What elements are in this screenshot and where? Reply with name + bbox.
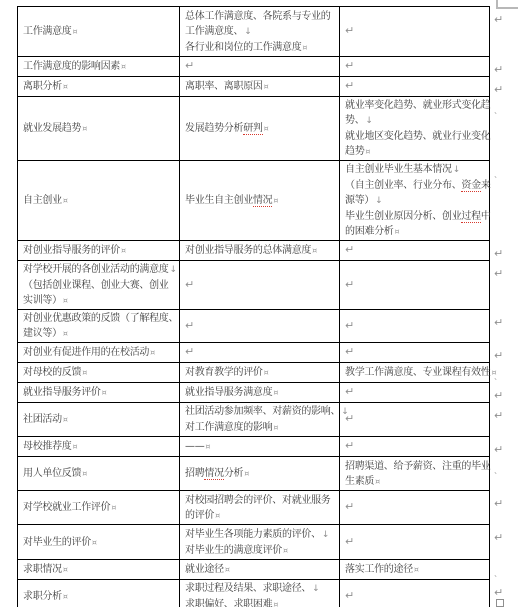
table-cell[interactable]: 对毕业生各项能力素质的评价、↓对毕业生的满意度评价¤ [180, 525, 340, 560]
text-run: 毕业生自主创业 [185, 195, 253, 206]
cell-line: 对毕业生各项能力素质的评价、↓ [185, 527, 334, 543]
text-run: 生素质 [345, 476, 374, 487]
cell-line: 建议等）¤ [23, 326, 174, 341]
row-end-mark-cell: ↵ [490, 57, 518, 77]
paragraph-mark: ↵ [345, 412, 354, 425]
cell-line: 对毕业生的满意度评价¤ [185, 543, 334, 558]
row-end-mark: ↵ [494, 13, 503, 26]
paragraph-mark: ↵ [345, 535, 354, 548]
cell-line: 生素质¤ [345, 474, 484, 489]
cell-end-mark: ¤ [73, 442, 78, 451]
row-end-mark: ↵ [494, 497, 503, 510]
text-run: 研判 [243, 123, 262, 135]
text-run: 就业发展趋势 [23, 123, 81, 134]
table-cell[interactable]: 就业指导服务满意度¤ [180, 383, 340, 403]
paragraph-mark: ↵ [345, 500, 354, 513]
text-run: 实训等） [23, 295, 62, 306]
text-run: 社团活动 [23, 414, 62, 425]
text-run: 求职过程及结果、求职途径、 [185, 583, 311, 594]
text-run: 自主创业毕业生基本情况 [345, 164, 452, 175]
row-end-mark: 、 [494, 372, 502, 381]
table-cell[interactable]: ↵ [340, 310, 490, 343]
cell-line: 工作满意度¤ [23, 24, 174, 39]
cell-end-mark: ¤ [215, 511, 220, 520]
cell-end-mark: ¤ [225, 565, 230, 574]
table-row: 对母校的反馈¤对教育教学的评价¤教学工作满意度、专业课程有效性¤、 [18, 363, 518, 383]
table-cell[interactable]: ↵ [180, 343, 340, 363]
text-run: （自主创业率、行业分布、 [345, 180, 461, 191]
table-cell[interactable]: ↵ [340, 343, 490, 363]
table-cell[interactable]: 对学校开展的各创业活动的满意度↓（包括创业课程、创业大赛、创业实训等）¤ [18, 261, 180, 310]
cell-end-mark: ¤ [205, 442, 210, 451]
linebreak-mark: ↓ [375, 196, 383, 206]
table-cell[interactable]: ↵ [340, 7, 490, 57]
cell-line: 教学工作满意度、专业课程有效性¤ [345, 365, 484, 380]
text-run: 对创业优惠政策的反馈（了解程度、 [23, 313, 178, 324]
cell-end-mark: ¤ [63, 296, 68, 305]
table-cell[interactable]: 对毕业生的评价¤ [18, 525, 180, 560]
table-cell[interactable]: ↵ [340, 580, 490, 607]
paragraph-mark: ↵ [345, 439, 354, 452]
row-end-mark: ↵ [494, 316, 503, 329]
cell-end-mark: ¤ [273, 388, 278, 397]
table-cell[interactable]: 对创业指导服务的评价¤ [18, 241, 180, 261]
cell-end-mark: ¤ [264, 368, 269, 377]
row-end-mark: 、 [494, 106, 502, 115]
text-run: 各行业和岗位的工作满意度 [185, 42, 301, 53]
cell-end-mark: ¤ [283, 546, 288, 555]
text-run: 源等） [345, 195, 374, 206]
row-end-mark: ↵ [494, 83, 503, 96]
text-run: 对创业指导服务的总体满意度 [185, 245, 311, 256]
cell-end-mark: ¤ [73, 27, 78, 36]
cell-end-mark: ¤ [150, 348, 155, 357]
paragraph-mark: ↵ [345, 243, 354, 256]
text-run: 工作满意度 [23, 26, 72, 37]
text-run: 求职偏好、求职困难 [185, 599, 272, 607]
cell-line: 对创业优惠政策的反馈（了解程度、 [23, 311, 174, 326]
table-row: 对学校就业工作评价¤对校园招聘会的评价、对就业服务的评价¤↵↵ [18, 491, 518, 525]
text-run: 对教育教学的评价 [185, 367, 263, 378]
text-run: 对创业指导服务的评价 [23, 245, 120, 256]
cell-line: 离职分析¤ [23, 79, 174, 94]
paragraph-mark: ↵ [345, 345, 354, 358]
cell-line: 求职过程及结果、求职途径、↓ [185, 581, 334, 597]
row-end-mark-cell: ↵ [490, 491, 518, 525]
linebreak-mark: ↓ [322, 530, 330, 540]
table-row: 对创业指导服务的评价¤对创业指导服务的总体满意度¤↵↵ [18, 241, 518, 261]
table-row: 对创业优惠政策的反馈（了解程度、建议等）¤↵↵↵ [18, 310, 518, 343]
table-row: 母校推荐度¤——¤↵↵ [18, 437, 518, 457]
table-cell[interactable]: 对创业有促进作用的在校活动¤ [18, 343, 180, 363]
row-end-mark: ↵ [494, 409, 503, 422]
paragraph-mark: ↵ [185, 278, 194, 291]
cell-line: 落实工作的途径¤ [345, 562, 484, 577]
table-cell[interactable]: ——¤ [180, 437, 340, 457]
cell-line: 毕业生创业原因分析、创业过程中 [345, 209, 484, 224]
text-run: 对创业有促进作用的在校活动 [23, 347, 149, 358]
cell-line: 源等）↓ [345, 193, 484, 209]
row-end-mark-cell: 、 [490, 560, 518, 580]
linebreak-mark: ↓ [244, 27, 252, 37]
table-cell[interactable]: ↵ [180, 310, 340, 343]
cell-line: 趋势¤ [345, 144, 484, 159]
text-run: 分析 [224, 468, 243, 479]
table-cell[interactable]: 离职率、离职原因¤ [180, 77, 340, 97]
linebreak-mark: ↓ [170, 265, 178, 275]
table-cell[interactable]: ↵ [340, 437, 490, 457]
cell-line: 的困难分析¤ [345, 224, 484, 239]
cell-line: 自主创业毕业生基本情况↓ [345, 162, 484, 178]
table-cell[interactable]: ↵ [340, 383, 490, 403]
cell-end-mark: ¤ [414, 565, 419, 574]
cell-line: 毕业生自主创业情况¤ [185, 193, 334, 208]
cell-line: 就业指导服务满意度¤ [185, 385, 334, 400]
table-row: 就业指导服务评价¤就业指导服务满意度¤↵↵ [18, 383, 518, 403]
text-run: 母校推荐度 [23, 441, 72, 452]
linebreak-mark: ↓ [312, 584, 320, 594]
cell-end-mark: ¤ [102, 388, 107, 397]
cell-end-mark: ¤ [264, 124, 269, 133]
row-end-mark-cell: ↵ [490, 343, 518, 363]
row-end-mark: ↵ [494, 531, 503, 544]
table-row: 工作满意度的影响因素¤↵↵↵ [18, 57, 518, 77]
text-run: 对毕业生各项能力素质的评价、 [185, 529, 321, 540]
table-cell[interactable]: 自主创业毕业生基本情况↓（自主创业率、行业分布、资金来源等）↓毕业生创业原因分析… [340, 161, 490, 241]
row-end-mark-cell: ↵ [490, 437, 518, 457]
paragraph-mark: ↵ [185, 319, 194, 332]
table-cell[interactable]: ↵ [340, 403, 490, 437]
row-end-mark: 、 [494, 466, 502, 475]
text-run: 发展趋势分析 [185, 123, 243, 134]
text-run: 的评价 [185, 510, 214, 521]
cell-line: 对工作满意度的影响¤ [185, 420, 334, 435]
text-run: 就业指导服务评价 [23, 387, 101, 398]
row-end-mark-cell: ↵ [490, 403, 518, 437]
cell-line: 对毕业生的评价¤ [23, 535, 174, 550]
row-end-mark-cell: ↵ [490, 7, 518, 57]
row-end-mark: ↵ [494, 586, 503, 599]
cell-line: 招聘情况分析¤ [185, 466, 334, 481]
paragraph-mark: ↵ [345, 278, 354, 291]
cell-end-mark: ¤ [63, 196, 68, 205]
table-row: 用人单位反馈¤招聘情况分析¤招聘渠道、给予薪资、注重的毕业生素质¤、 [18, 457, 518, 491]
text-run: 情况 [204, 468, 223, 480]
table-row: 社团活动¤社团活动参加频率、对薪资的影响、↓对工作满意度的影响¤↵↵ [18, 403, 518, 437]
table-row: 工作满意度¤总体工作满意度、各院系与专业的工作满意度、↓各行业和岗位的工作满意度… [18, 7, 518, 57]
row-end-mark: ↵ [494, 443, 503, 456]
table-row: 对创业有促进作用的在校活动¤↵↵↵ [18, 343, 518, 363]
cell-line: 求职分析¤ [23, 589, 174, 604]
table-body: 工作满意度¤总体工作满意度、各院系与专业的工作满意度、↓各行业和岗位的工作满意度… [18, 7, 518, 607]
text-run: 招聘 [185, 468, 204, 479]
table-row: 就业发展趋势¤发展趋势分析研判¤就业率变化趋势、就业形式变化趋势、↓就业地区变化… [18, 97, 518, 161]
text-run: 就业率变化趋势、就业形式变化趋 [345, 100, 491, 111]
row-end-mark: ↵ [494, 267, 503, 280]
text-run: 求职分析 [23, 591, 62, 602]
cell-line: 就业途径¤ [185, 562, 334, 577]
cell-end-mark: ¤ [312, 246, 317, 255]
table-cell[interactable]: 用人单位反馈¤ [18, 457, 180, 491]
cell-line: 总体工作满意度、各院系与专业的 [185, 9, 334, 24]
cell-end-mark: ¤ [63, 329, 68, 338]
table-cell[interactable]: 工作满意度¤ [18, 7, 180, 57]
cell-end-mark: ¤ [63, 565, 68, 574]
cell-line: 求职情况¤ [23, 562, 174, 577]
cell-line: 就业率变化趋势、就业形式变化趋 [345, 98, 484, 113]
table-cell[interactable]: 求职过程及结果、求职途径、↓求职偏好、求职困难¤ [180, 580, 340, 607]
table-cell[interactable]: 工作满意度的影响因素¤ [18, 57, 180, 77]
cell-end-mark: ¤ [111, 503, 116, 512]
text-run: 社团活动参加频率、对薪资的影响、 [185, 406, 340, 417]
paragraph-mark: ↵ [345, 385, 354, 398]
row-end-mark-cell: 、 [490, 363, 518, 383]
text-run: 总体工作满意度、各院系与专业的 [185, 11, 331, 22]
cell-line: 社团活动参加频率、对薪资的影响、↓ [185, 404, 334, 420]
cell-line: 各行业和岗位的工作满意度¤ [185, 40, 334, 55]
text-run: 就业途径 [185, 564, 224, 575]
table-cell[interactable]: 对教育教学的评价¤ [180, 363, 340, 383]
text-run: 资金 [461, 180, 480, 192]
text-run: 离职率、离职原因 [185, 81, 263, 92]
cell-end-mark: ¤ [63, 415, 68, 424]
text-run: 就业指导服务满意度 [185, 387, 272, 398]
table-cell[interactable]: 毕业生自主创业情况¤ [180, 161, 340, 241]
text-run: 对校园招聘会的评价、对就业服务 [185, 495, 331, 506]
text-run: 的困难分析 [345, 226, 394, 237]
row-end-mark-cell: ↵ [490, 310, 518, 343]
table-cell[interactable]: 对创业优惠政策的反馈（了解程度、建议等）¤ [18, 310, 180, 343]
linebreak-mark: ↓ [453, 165, 461, 175]
table-cell[interactable]: 社团活动¤ [18, 403, 180, 437]
row-end-mark: ↵ [494, 389, 503, 402]
text-run: 求职情况 [23, 564, 62, 575]
text-run: 对母校的反馈 [23, 367, 81, 378]
cell-end-mark: ¤ [63, 592, 68, 601]
table-cell[interactable]: 对母校的反馈¤ [18, 363, 180, 383]
cell-end-mark: ¤ [82, 124, 87, 133]
table-cell[interactable]: 对创业指导服务的总体满意度¤ [180, 241, 340, 261]
text-run: 教学工作满意度、专业课程有效性 [345, 367, 491, 378]
paragraph-mark: ↵ [345, 79, 354, 92]
cell-line: ——¤ [185, 439, 334, 454]
cell-line: 对学校就业工作评价¤ [23, 500, 174, 515]
cell-line: 招聘渠道、给予薪资、注重的毕业 [345, 459, 484, 474]
paragraph-mark: ↵ [185, 345, 194, 358]
cell-line: 就业地区变化趋势、就业行业变化 [345, 129, 484, 144]
table-row: 求职情况¤就业途径¤落实工作的途径¤、 [18, 560, 518, 580]
paragraph-mark: ↵ [185, 59, 194, 72]
table-cell[interactable]: ↵ [340, 77, 490, 97]
table-cell[interactable]: ↵ [340, 491, 490, 525]
table-cell[interactable]: ↵ [180, 261, 340, 310]
row-end-mark: ↵ [494, 63, 503, 76]
survey-topics-table: 工作满意度¤总体工作满意度、各院系与专业的工作满意度、↓各行业和岗位的工作满意度… [17, 6, 518, 607]
row-end-mark-cell: ↵ [490, 525, 518, 560]
cell-end-mark: ¤ [395, 227, 400, 236]
table-cell[interactable]: 就业发展趋势¤ [18, 97, 180, 161]
cell-line: 对创业指导服务的评价¤ [23, 243, 174, 258]
cell-end-mark: ¤ [273, 423, 278, 432]
cell-end-mark: ¤ [264, 82, 269, 91]
cell-line: 自主创业¤ [23, 193, 174, 208]
text-run: 就业地区变化趋势、就业行业变化 [345, 131, 491, 142]
cell-line: 离职率、离职原因¤ [185, 79, 334, 94]
cell-line: 社团活动¤ [23, 412, 174, 427]
table-row: 自主创业¤毕业生自主创业情况¤自主创业毕业生基本情况↓（自主创业率、行业分布、资… [18, 161, 518, 241]
text-run: 离职分析 [23, 81, 62, 92]
table-row: 对学校开展的各创业活动的满意度↓（包括创业课程、创业大赛、创业实训等）¤↵↵↵ [18, 261, 518, 310]
cell-end-mark: ¤ [244, 469, 249, 478]
cell-line: 发展趋势分析研判¤ [185, 121, 334, 136]
cell-end-mark: ¤ [273, 196, 278, 205]
text-run: 建议等） [23, 328, 62, 339]
row-end-mark-cell: ↵ [490, 241, 518, 261]
cell-line: 实训等）¤ [23, 293, 174, 308]
row-end-mark: ↵ [494, 247, 503, 260]
cell-line: 求职偏好、求职困难¤ [185, 597, 334, 607]
row-end-mark-cell: ↵ [490, 77, 518, 97]
table-cell[interactable]: 求职情况¤ [18, 560, 180, 580]
cell-line: 就业指导服务评价¤ [23, 385, 174, 400]
cell-end-mark: ¤ [302, 43, 307, 52]
row-end-mark-cell: ↵ [490, 261, 518, 310]
table-cell[interactable]: ↵ [340, 57, 490, 77]
table-row: 离职分析¤离职率、离职原因¤↵↵ [18, 77, 518, 97]
cell-line: （包括创业课程、创业大赛、创业 [23, 278, 174, 293]
table-cell[interactable]: 母校推荐度¤ [18, 437, 180, 457]
paragraph-mark: ↵ [345, 589, 354, 602]
table-cell[interactable]: 离职分析¤ [18, 77, 180, 97]
row-end-mark: 、 [494, 170, 502, 179]
text-run: 对毕业生的评价 [23, 537, 91, 548]
linebreak-mark: ↓ [365, 116, 373, 126]
cell-line: 对教育教学的评价¤ [185, 365, 334, 380]
cell-line: 的评价¤ [185, 508, 334, 523]
table-resize-handle[interactable] [496, 599, 504, 607]
text-run: —— [185, 441, 204, 452]
text-run: 来 [481, 180, 491, 191]
anchor-corner-artifact [496, 0, 518, 9]
text-run: 对工作满意度的影响 [185, 422, 272, 433]
text-run: 势、 [345, 115, 364, 126]
text-run: （包括创业课程、创业大赛、创业 [23, 280, 169, 291]
cell-line: 工作满意度的影响因素¤ [23, 59, 174, 74]
text-run: 招聘渠道、给予薪资、注重的毕业 [345, 461, 491, 472]
table-cell[interactable]: 自主创业¤ [18, 161, 180, 241]
table-cell[interactable]: ↵ [340, 241, 490, 261]
table-cell[interactable]: 招聘情况分析¤ [180, 457, 340, 491]
cell-end-mark: ¤ [82, 368, 87, 377]
cell-line: 就业发展趋势¤ [23, 121, 174, 136]
row-end-mark: ↵ [494, 349, 503, 362]
cell-line: 势、↓ [345, 113, 484, 129]
document-page: 工作满意度¤总体工作满意度、各院系与专业的工作满意度、↓各行业和岗位的工作满意度… [0, 0, 518, 607]
cell-end-mark: ¤ [63, 82, 68, 91]
row-end-mark-cell: 、 [490, 161, 518, 241]
paragraph-mark: ↵ [345, 24, 354, 37]
cell-line: 对校园招聘会的评价、对就业服务 [185, 493, 334, 508]
text-run: 用人单位反馈 [23, 468, 81, 479]
table-cell[interactable]: ↵ [340, 525, 490, 560]
table-cell[interactable]: 发展趋势分析研判¤ [180, 97, 340, 161]
table-cell[interactable]: 对校园招聘会的评价、对就业服务的评价¤ [180, 491, 340, 525]
table-cell[interactable]: 对学校就业工作评价¤ [18, 491, 180, 525]
row-end-mark: 、 [494, 569, 502, 578]
table-cell[interactable]: 就业途径¤ [180, 560, 340, 580]
table-cell[interactable]: 总体工作满意度、各院系与专业的工作满意度、↓各行业和岗位的工作满意度¤ [180, 7, 340, 57]
cell-end-mark: ¤ [121, 62, 126, 71]
cell-end-mark: ¤ [365, 147, 370, 156]
text-run: 情况 [253, 195, 272, 207]
row-end-mark-cell: ↵ [490, 383, 518, 403]
cell-end-mark: ¤ [92, 538, 97, 547]
cell-line: 对创业指导服务的总体满意度¤ [185, 243, 334, 258]
cell-line: 对母校的反馈¤ [23, 365, 174, 380]
table-row: 对毕业生的评价¤对毕业生各项能力素质的评价、↓对毕业生的满意度评价¤↵↵ [18, 525, 518, 560]
text-run: 对学校就业工作评价 [23, 502, 110, 513]
table-cell[interactable]: 落实工作的途径¤ [340, 560, 490, 580]
text-run: 毕业生创业原因分析、创业 [345, 211, 461, 222]
text-run: 工作满意度、 [185, 26, 243, 37]
table-cell[interactable]: 求职分析¤ [18, 580, 180, 607]
cell-end-mark: ¤ [273, 600, 278, 607]
cell-end-mark: ¤ [82, 469, 87, 478]
cell-line: 对创业有促进作用的在校活动¤ [23, 345, 174, 360]
table-row: 求职分析¤求职过程及结果、求职途径、↓求职偏好、求职困难¤↵↵ [18, 580, 518, 607]
text-run: 过程 [461, 211, 480, 223]
cell-line: 对学校开展的各创业活动的满意度↓ [23, 262, 174, 278]
text-run: 对毕业生的满意度评价 [185, 545, 282, 556]
text-run: 趋势 [345, 146, 364, 157]
text-run: 工作满意度的影响因素 [23, 61, 120, 72]
cell-line: 用人单位反馈¤ [23, 466, 174, 481]
cell-line: （自主创业率、行业分布、资金来 [345, 178, 484, 193]
table-cell[interactable]: 教学工作满意度、专业课程有效性¤ [340, 363, 490, 383]
row-end-mark-cell: 、 [490, 457, 518, 491]
table-cell[interactable]: 就业指导服务评价¤ [18, 383, 180, 403]
text-run: 自主创业 [23, 195, 62, 206]
cell-line: 母校推荐度¤ [23, 439, 174, 454]
paragraph-mark: ↵ [345, 59, 354, 72]
text-run: 落实工作的途径 [345, 564, 413, 575]
row-end-mark-cell: 、 [490, 97, 518, 161]
table-cell[interactable]: 社团活动参加频率、对薪资的影响、↓对工作满意度的影响¤ [180, 403, 340, 437]
text-run: 对学校开展的各创业活动的满意度 [23, 264, 169, 275]
text-run: 中 [481, 211, 491, 222]
table-cell[interactable]: 就业率变化趋势、就业形式变化趋势、↓就业地区变化趋势、就业行业变化趋势¤ [340, 97, 490, 161]
table-cell[interactable]: ↵ [340, 261, 490, 310]
table-cell[interactable]: 招聘渠道、给予薪资、注重的毕业生素质¤ [340, 457, 490, 491]
paragraph-mark: ↵ [345, 319, 354, 332]
cell-line: 工作满意度、↓ [185, 24, 334, 40]
cell-end-mark: ¤ [121, 246, 126, 255]
cell-end-mark: ¤ [375, 477, 380, 486]
table-cell[interactable]: ↵ [180, 57, 340, 77]
